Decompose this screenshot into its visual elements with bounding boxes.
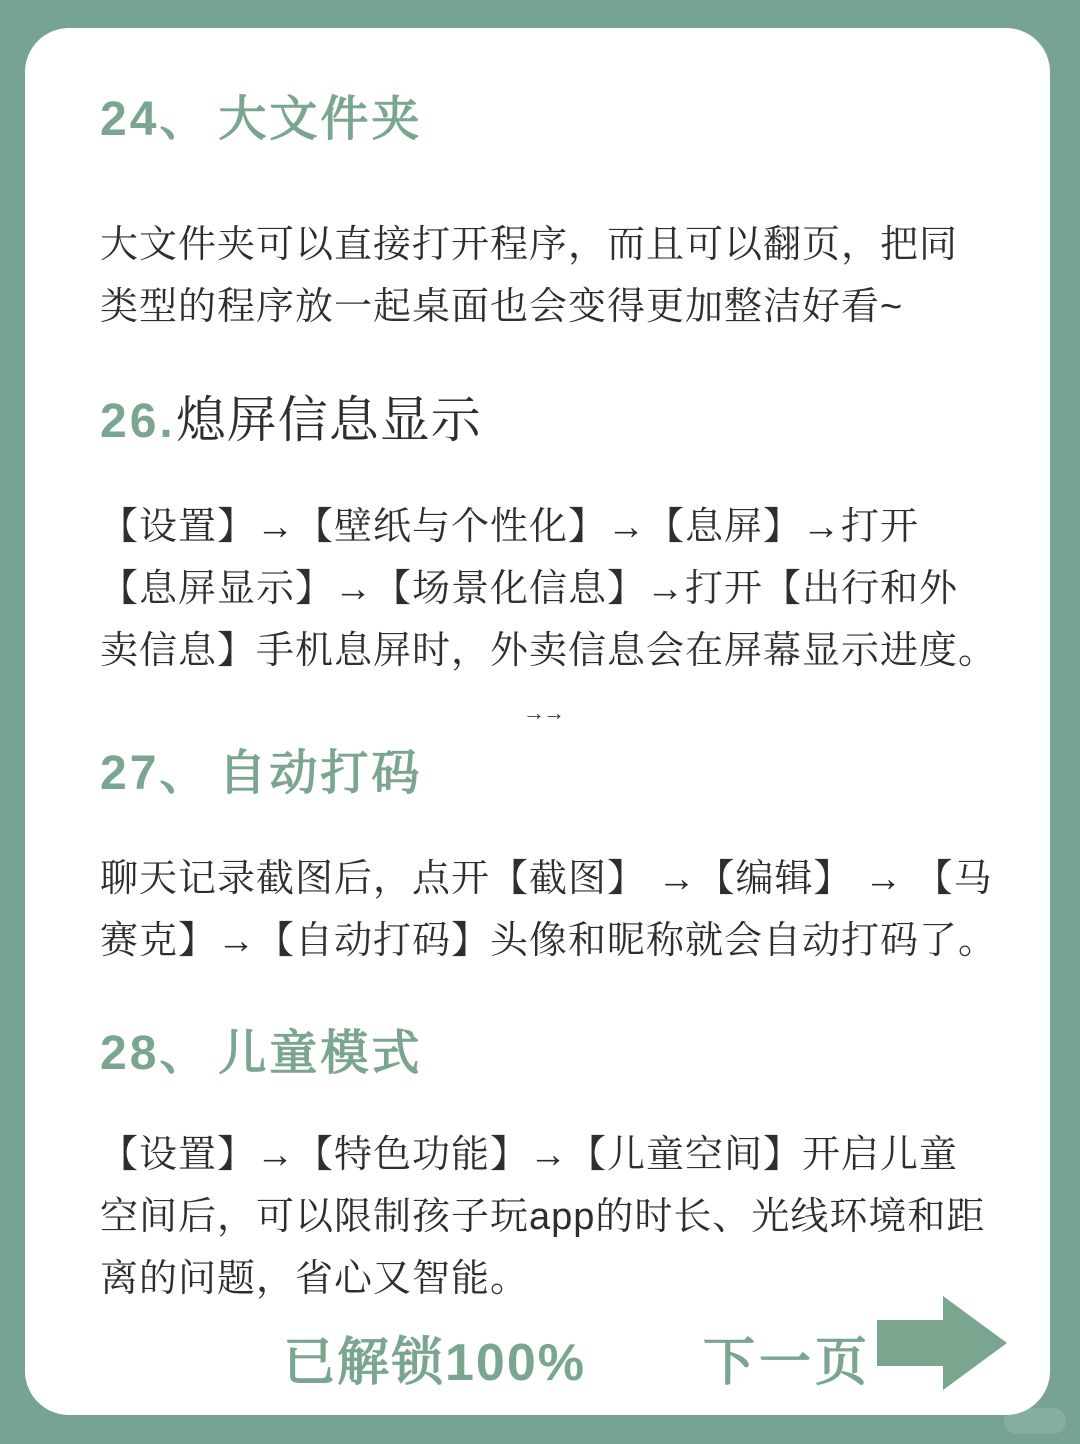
paragraph-line: 【设置】→【壁纸与个性化】→【息屏】→打开 [100,496,1005,558]
watermark [1004,1408,1066,1434]
paragraph-line: 类型的程序放一起桌面也会变得更加整洁好看~ [100,276,1005,338]
paragraph-line: 离的问题，省心又智能。 [100,1248,1005,1310]
section-27-paragraph: 聊天记录截图后，点开【截图】 →【编辑】 → 【马 赛克】→【自动打码】头像和昵… [100,848,1005,972]
unlock-progress-label: 已解锁100% [283,1320,586,1395]
section-24-heading: 24、大文件夹 [100,80,422,149]
section-24-paragraph: 大文件夹可以直接打开程序，而且可以翻页，把同 类型的程序放一起桌面也会变得更加整… [100,214,1005,338]
inline-arrows-annotation: →→ [523,700,563,726]
paragraph-line: 大文件夹可以直接打开程序，而且可以翻页，把同 [100,214,1005,276]
section-26-number: 26. [100,395,176,448]
section-28-title: 儿童模式 [218,1027,422,1080]
paragraph-line: 聊天记录截图后，点开【截图】 →【编辑】 → 【马 [100,848,1005,910]
right-arrow-icon[interactable] [877,1296,1015,1390]
paragraph-line: 空间后，可以限制孩子玩app的时长、光线环境和距 [100,1186,1005,1248]
section-28-heading: 28、儿童模式 [100,1014,422,1083]
next-page-label[interactable]: 下一页 [703,1320,871,1395]
section-27-title: 自动打码 [218,747,422,800]
section-24-number: 24、 [100,93,210,146]
section-27-heading: 27、自动打码 [100,734,422,803]
section-27-number: 27、 [100,747,210,800]
paragraph-line: 【息屏显示】→【场景化信息】→打开【出行和外 [100,558,1005,620]
section-28-number: 28、 [100,1027,210,1080]
page-frame: { "colors": { "frame_green": "#76a393", … [0,0,1080,1444]
section-28-paragraph: 【设置】→【特色功能】→【儿童空间】开启儿童 空间后，可以限制孩子玩app的时长… [100,1124,1005,1310]
section-26-title: 熄屏信息显示 [176,392,482,448]
section-26-paragraph: 【设置】→【壁纸与个性化】→【息屏】→打开 【息屏显示】→【场景化信息】→打开【… [100,496,1005,682]
paragraph-line: 卖信息】手机息屏时，外卖信息会在屏幕显示进度。 [100,620,1005,682]
paragraph-line: 赛克】→【自动打码】头像和昵称就会自动打码了。 [100,910,1005,972]
section-26-heading: 26.熄屏信息显示 [100,380,482,452]
content-card: 24、大文件夹 大文件夹可以直接打开程序，而且可以翻页，把同 类型的程序放一起桌… [25,28,1050,1415]
section-24-title: 大文件夹 [218,93,422,146]
paragraph-line: 【设置】→【特色功能】→【儿童空间】开启儿童 [100,1124,1005,1186]
